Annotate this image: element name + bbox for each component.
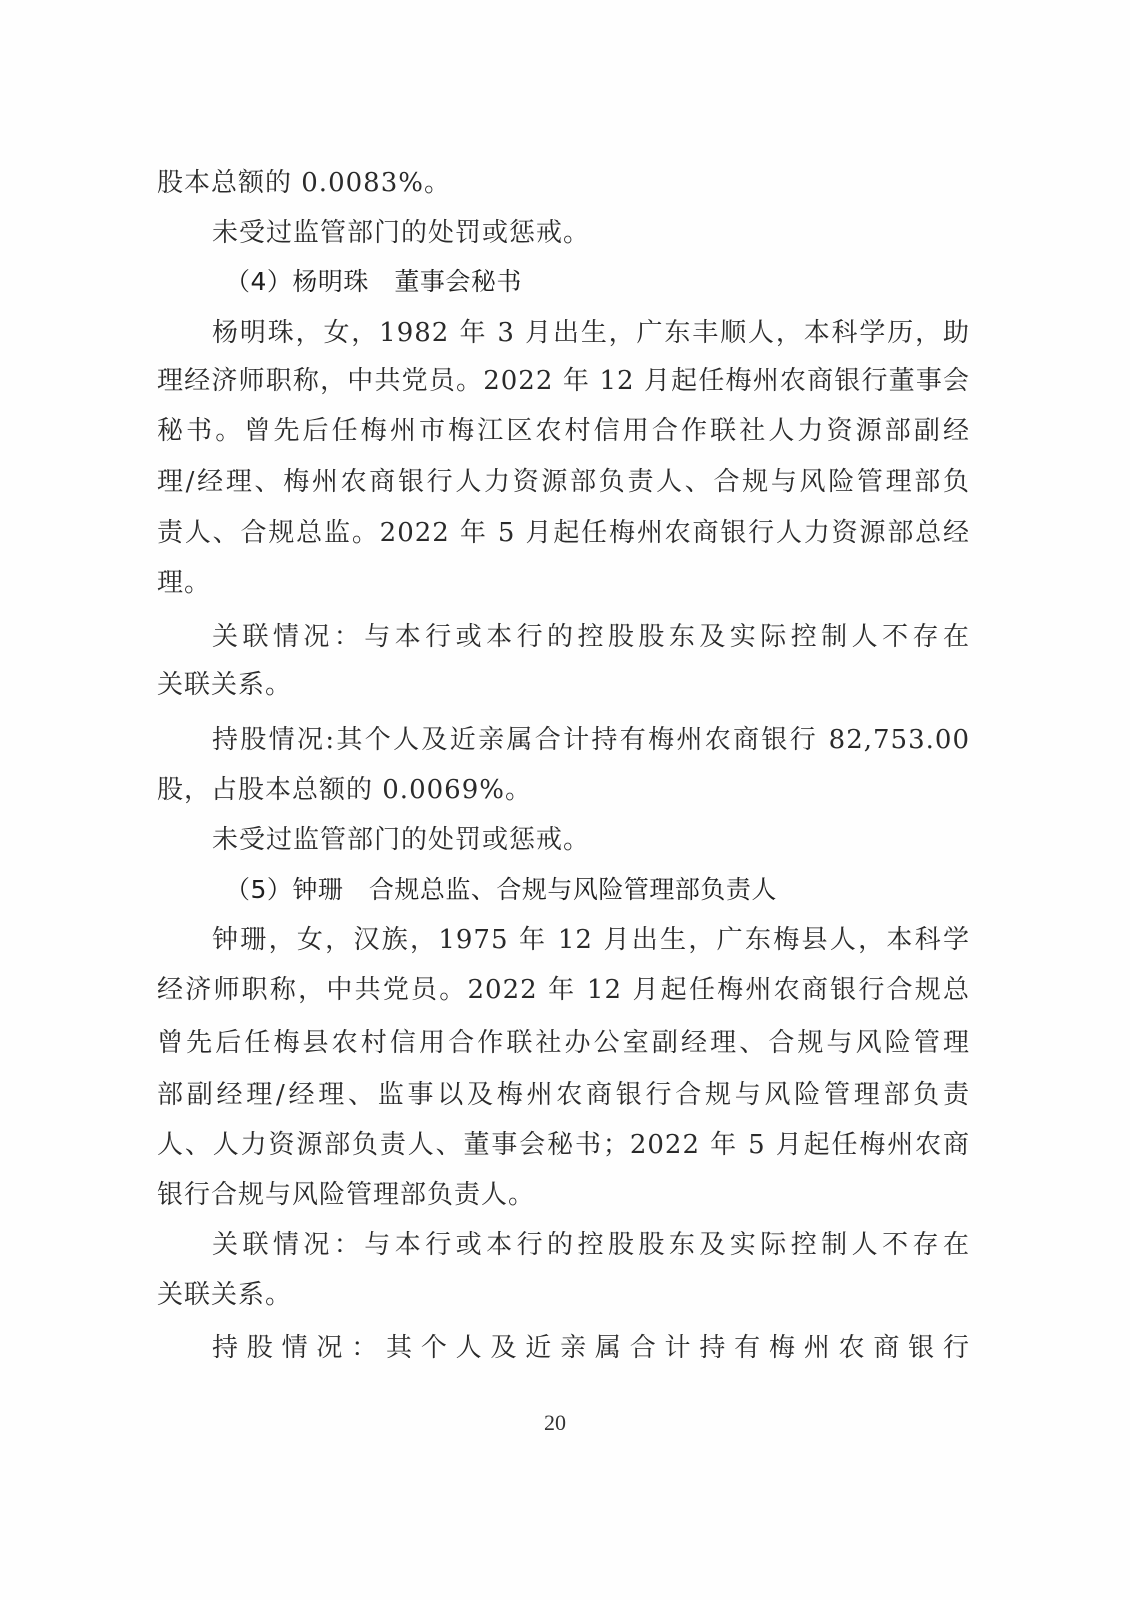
paragraph-line-relation-yang-1: 关联情况：与本行或本行的控股股东及实际控制人不存在 xyxy=(212,620,970,654)
paragraph-line-bio-yang-3: 秘书。曾先后任梅州市梅江区农村信用合作联社人力资源部副经 xyxy=(157,414,970,448)
paragraph-line-holding-zhong-1: 持股情况：其个人及近亲属合计持有梅州农商银行 xyxy=(212,1331,970,1365)
paragraph-line-bio-yang-2: 理经济师职称，中共党员。2022 年 12 月起任梅州农商银行董事会 xyxy=(157,364,970,398)
paragraph-line-bio-zhong-4: 部副经理/经理、监事以及梅州农商银行合规与风险管理部负责 xyxy=(157,1078,970,1112)
paragraph-line-holding-yang-2: 股，占股本总额的 0.0069%。 xyxy=(157,773,970,807)
section-heading-5: （5）钟珊 合规总监、合规与风险管理部负责人 xyxy=(225,873,970,907)
paragraph-line-bio-yang-5: 责人、合规总监。2022 年 5 月起任梅州农商银行人力资源部总经 xyxy=(157,516,970,550)
paragraph-line-bio-zhong-3: 曾先后任梅县农村信用合作联社办公室副经理、合规与风险管理 xyxy=(157,1026,970,1060)
paragraph-line-relation-zhong-2: 关联关系。 xyxy=(157,1278,970,1312)
paragraph-line-no-penalty-2: 未受过监管部门的处罚或惩戒。 xyxy=(212,823,970,857)
paragraph-line-relation-yang-2: 关联关系。 xyxy=(157,668,970,702)
paragraph-line-bio-zhong-1: 钟珊，女，汉族，1975 年 12 月出生，广东梅县人，本科学历， xyxy=(212,923,970,957)
paragraph-line-shareholding-tail-1: 股本总额的 0.0083%。 xyxy=(157,166,970,200)
paragraph-line-holding-yang-1: 持股情况:其个人及近亲属合计持有梅州农商银行 82,753.00 xyxy=(212,723,970,757)
paragraph-line-bio-zhong-5: 人、人力资源部负责人、董事会秘书；2022 年 5 月起任梅州农商 xyxy=(157,1128,970,1162)
paragraph-line-relation-zhong-1: 关联情况：与本行或本行的控股股东及实际控制人不存在 xyxy=(212,1228,970,1262)
page-number: 20 xyxy=(0,1410,1110,1436)
document-page: 股本总额的 0.0083%。 未受过监管部门的处罚或惩戒。 （4）杨明珠 董事会… xyxy=(0,0,1130,1600)
paragraph-line-bio-yang-6: 理。 xyxy=(157,566,970,600)
paragraph-line-bio-zhong-2: 经济师职称，中共党员。2022 年 12 月起任梅州农商银行合规总监。 xyxy=(157,973,970,1007)
paragraph-line-no-penalty-1: 未受过监管部门的处罚或惩戒。 xyxy=(212,216,970,250)
paragraph-line-bio-zhong-6: 银行合规与风险管理部负责人。 xyxy=(157,1178,970,1212)
section-heading-4: （4）杨明珠 董事会秘书 xyxy=(225,265,970,299)
paragraph-line-bio-yang-1: 杨明珠，女，1982 年 3 月出生，广东丰顺人，本科学历，助 xyxy=(212,316,970,350)
paragraph-line-bio-yang-4: 理/经理、梅州农商银行人力资源部负责人、合规与风险管理部负 xyxy=(157,465,970,499)
